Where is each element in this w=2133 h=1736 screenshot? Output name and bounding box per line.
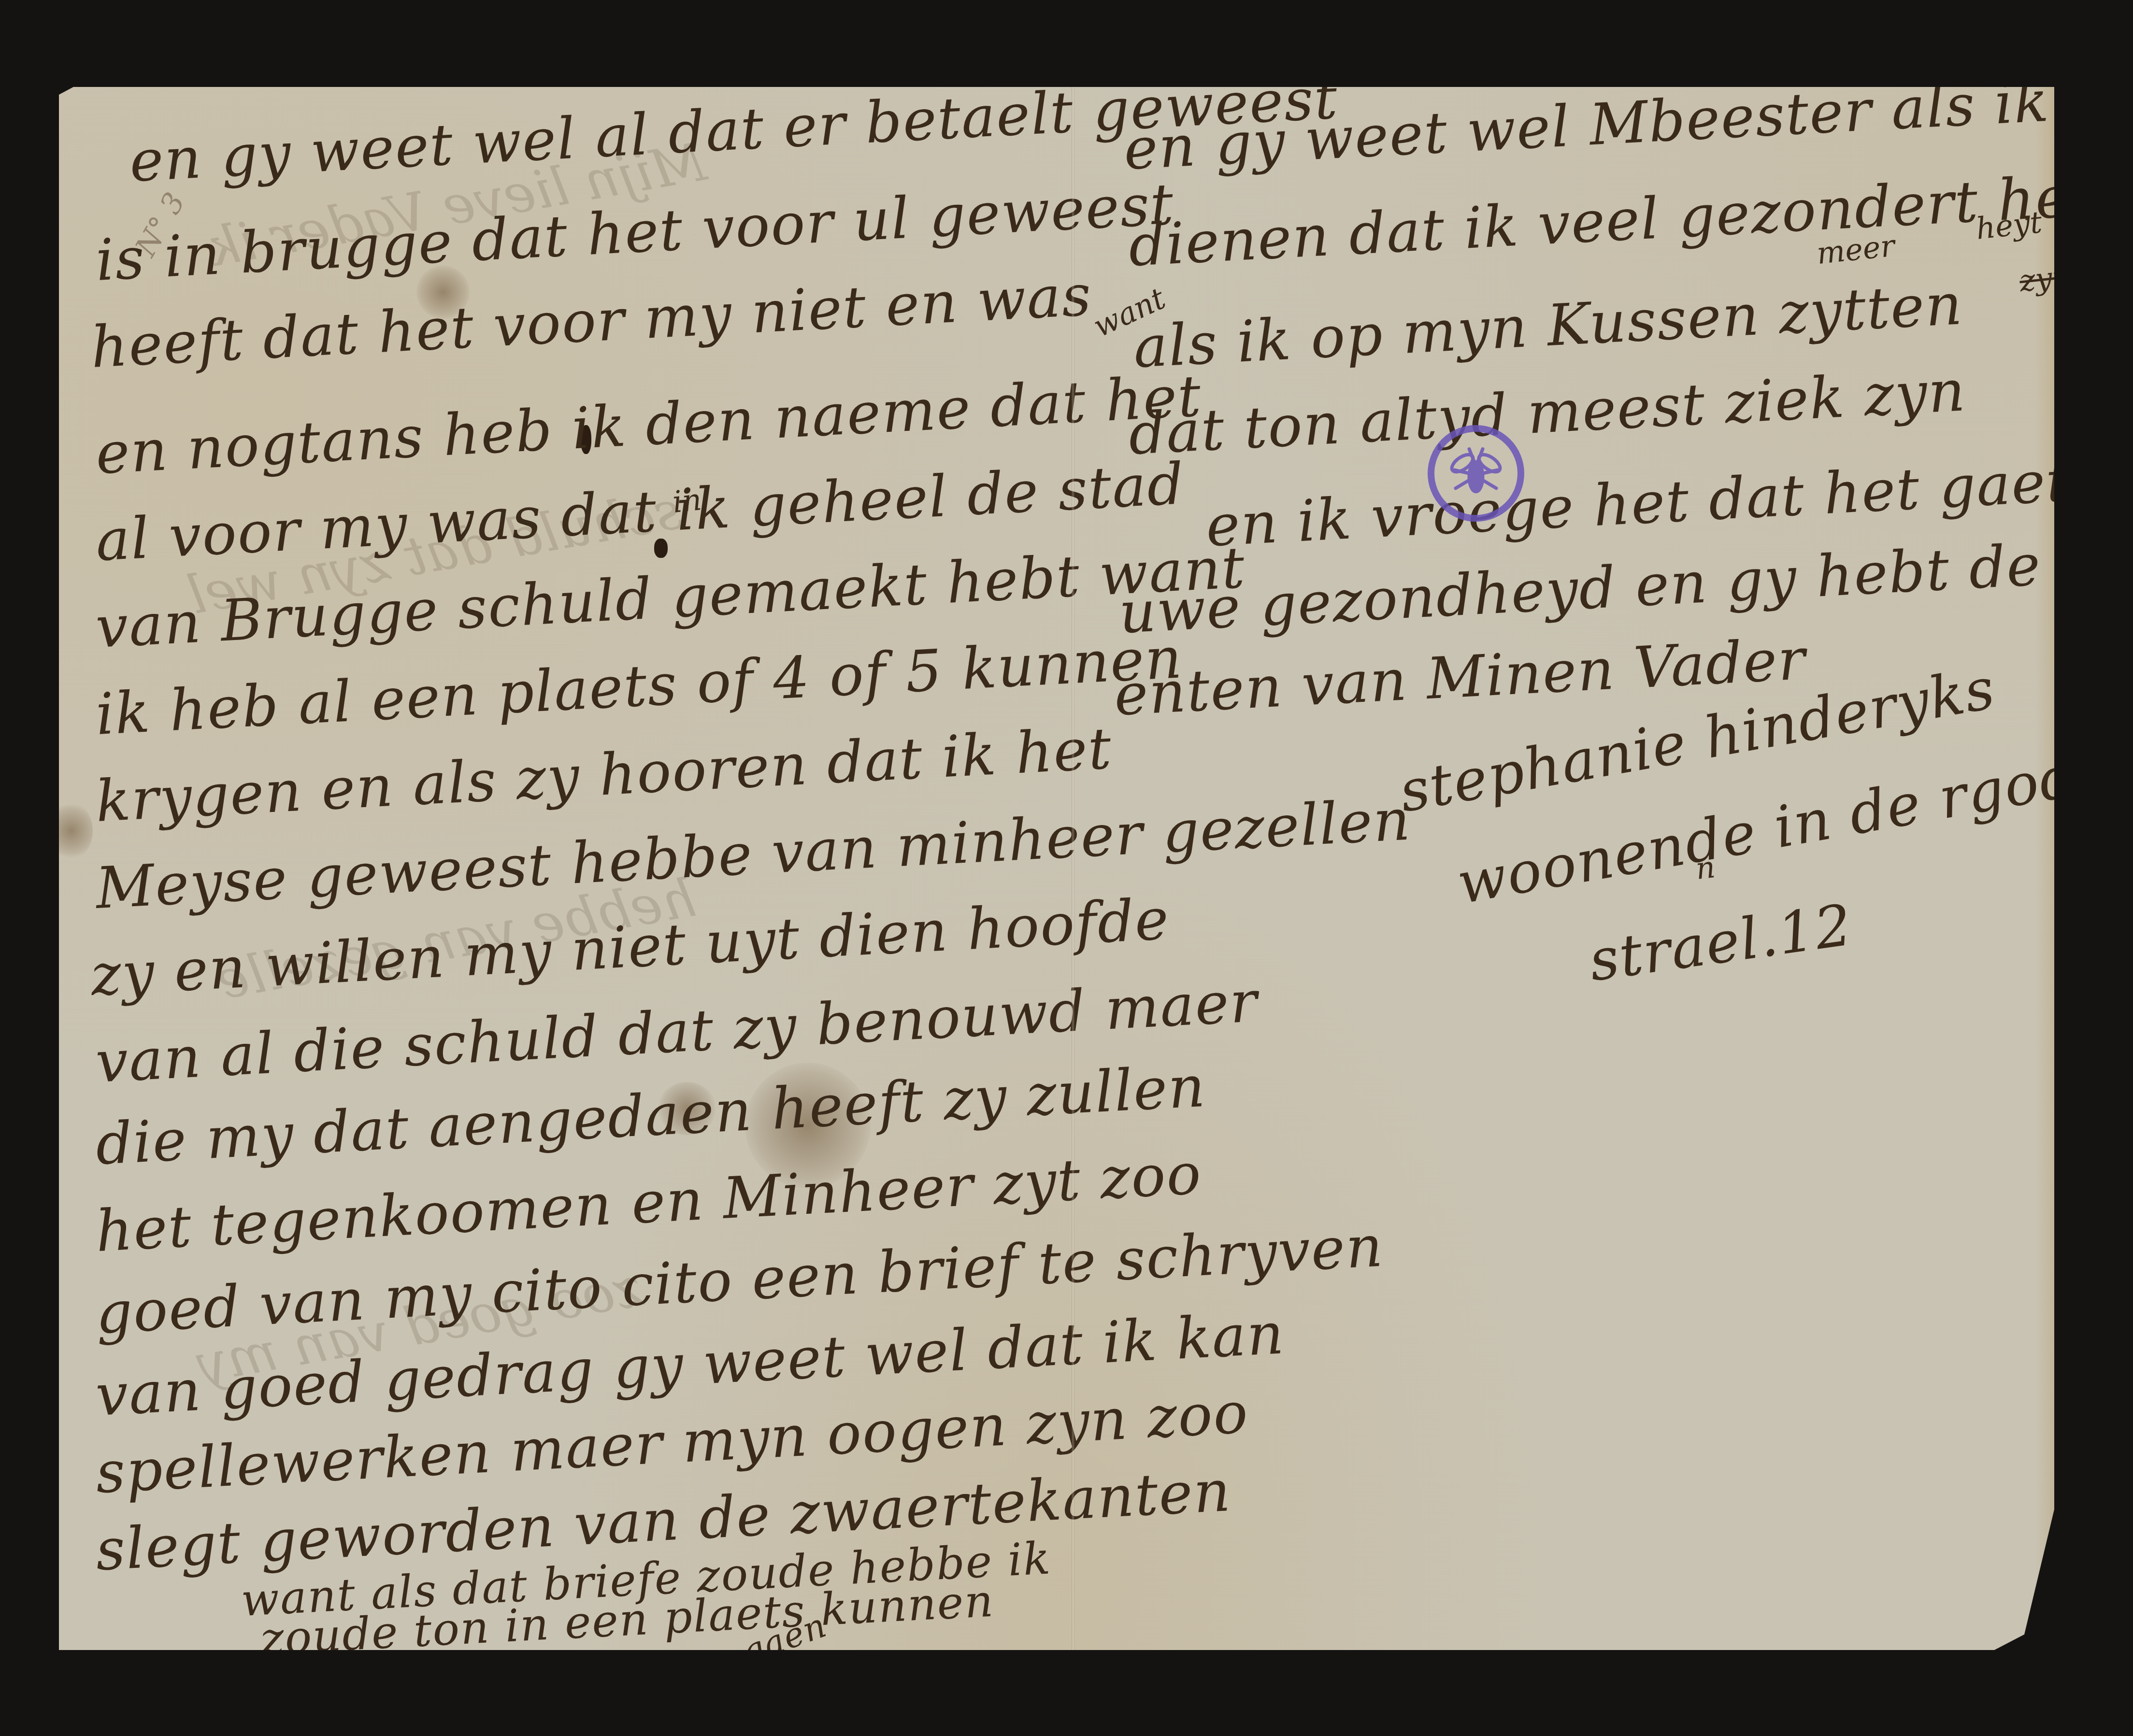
- left-page: en gy weet wel al dat er betaelt geweest…: [59, 87, 1073, 1650]
- signature-address: strael.12: [1585, 891, 1857, 994]
- interlinear-insert: n: [1694, 849, 1717, 886]
- archive-stamp: [1428, 425, 1524, 522]
- letter-line: dienen dat ik veel gezondert hebbe: [1127, 157, 2133, 279]
- letter-sheet: Mijn lieve Vader ik schuld dat zyn wel h…: [59, 87, 2054, 1650]
- right-page: en gy weet wel Mbeester als ik dat meer …: [1073, 87, 2054, 1650]
- bee-icon: [1442, 440, 1510, 507]
- struck-word: zyn: [2018, 258, 2073, 299]
- interlinear-insert: in: [671, 482, 703, 520]
- letter-line: en gy weet wel Mbeester als ik dat: [1122, 61, 2133, 183]
